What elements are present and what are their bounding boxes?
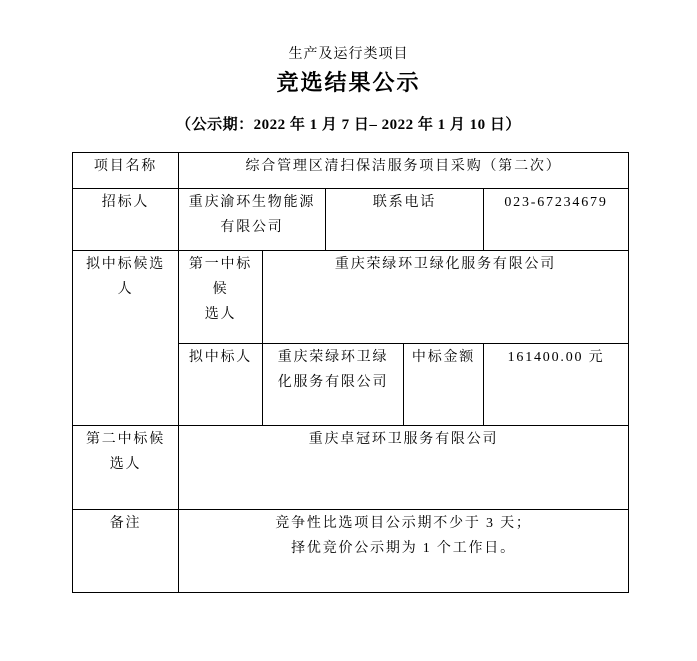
project-name-label: 项目名称 — [73, 153, 179, 189]
announcement-page: 生产及运行类项目 竞选结果公示 （公示期：2022 年 1 月 7 日– 202… — [0, 0, 697, 661]
table-row-first-candidate: 拟中标候选 人 第一中标候 选人 重庆荣绿环卫绿化服务有限公司 — [73, 251, 629, 344]
remark-label: 备注 — [73, 510, 179, 593]
remark-value: 竞争性比选项目公示期不少于 3 天； 择优竞价公示期为 1 个工作日。 — [179, 510, 629, 593]
candidates-group-label: 拟中标候选 人 — [73, 251, 179, 426]
table-row-project-name: 项目名称 综合管理区清扫保洁服务项目采购（第二次） — [73, 153, 629, 189]
contact-phone-value: 023-67234679 — [484, 189, 629, 251]
proposed-winner-value: 重庆荣绿环卫绿 化服务有限公司 — [263, 344, 404, 426]
table-row-tenderer: 招标人 重庆渝环生物能源 有限公司 联系电话 023-67234679 — [73, 189, 629, 251]
publicity-period: （公示期：2022 年 1 月 7 日– 2022 年 1 月 10 日） — [0, 115, 697, 135]
table-row-remark: 备注 竞争性比选项目公示期不少于 3 天； 择优竞价公示期为 1 个工作日。 — [73, 510, 629, 593]
proposed-winner-label: 拟中标人 — [179, 344, 263, 426]
project-name-value: 综合管理区清扫保洁服务项目采购（第二次） — [179, 153, 629, 189]
second-candidate-value: 重庆卓冠环卫服务有限公司 — [179, 426, 629, 510]
tenderer-value: 重庆渝环生物能源 有限公司 — [179, 189, 326, 251]
page-subtitle: 生产及运行类项目 — [0, 46, 697, 64]
result-table: 项目名称 综合管理区清扫保洁服务项目采购（第二次） 招标人 重庆渝环生物能源 有… — [72, 152, 629, 593]
second-candidate-label: 第二中标候 选人 — [73, 426, 179, 510]
contact-phone-label: 联系电话 — [326, 189, 484, 251]
award-amount-label: 中标金额 — [404, 344, 484, 426]
first-candidate-label: 第一中标候 选人 — [179, 251, 263, 344]
first-candidate-value: 重庆荣绿环卫绿化服务有限公司 — [263, 251, 629, 344]
tenderer-label: 招标人 — [73, 189, 179, 251]
page-title: 竞选结果公示 — [0, 70, 697, 96]
award-amount-value: 161400.00 元 — [484, 344, 629, 426]
table-row-second-candidate: 第二中标候 选人 重庆卓冠环卫服务有限公司 — [73, 426, 629, 510]
